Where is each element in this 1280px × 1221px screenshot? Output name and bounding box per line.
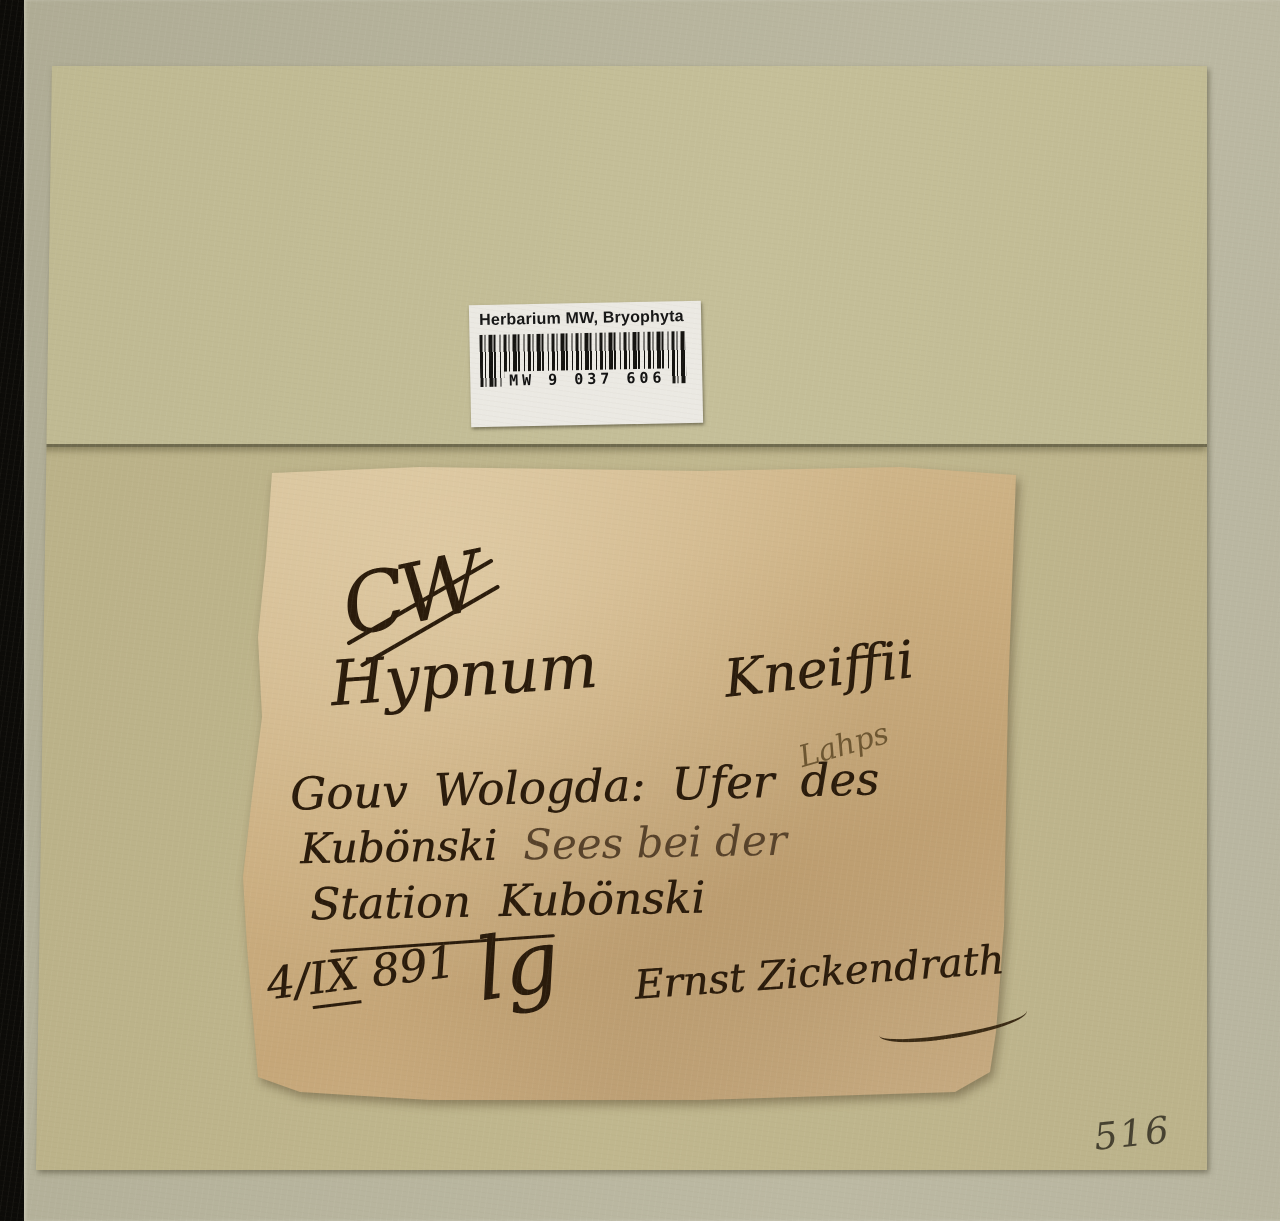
barcode-sticker: Herbarium MW, Bryophyta MW 9 037 606 bbox=[469, 301, 703, 427]
date-month: IX bbox=[306, 949, 361, 1010]
date-day: 4/ bbox=[264, 955, 313, 1011]
barcode-number: MW 9 037 606 bbox=[504, 368, 671, 389]
herbarium-specimen-scan: Herbarium MW, Bryophyta MW 9 037 606 CW … bbox=[0, 0, 1280, 1221]
leg-abbreviation: lg bbox=[469, 911, 565, 1022]
locality-line-2-rest: Sees bei der bbox=[523, 816, 788, 870]
accession-number: 516 bbox=[1092, 1108, 1173, 1159]
locality-line-2: KubönskiSees bei der bbox=[300, 816, 788, 873]
herbarium-name-label: Herbarium MW, Bryophyta bbox=[479, 308, 693, 330]
locality-line-2-start: Kubönski bbox=[300, 821, 498, 873]
